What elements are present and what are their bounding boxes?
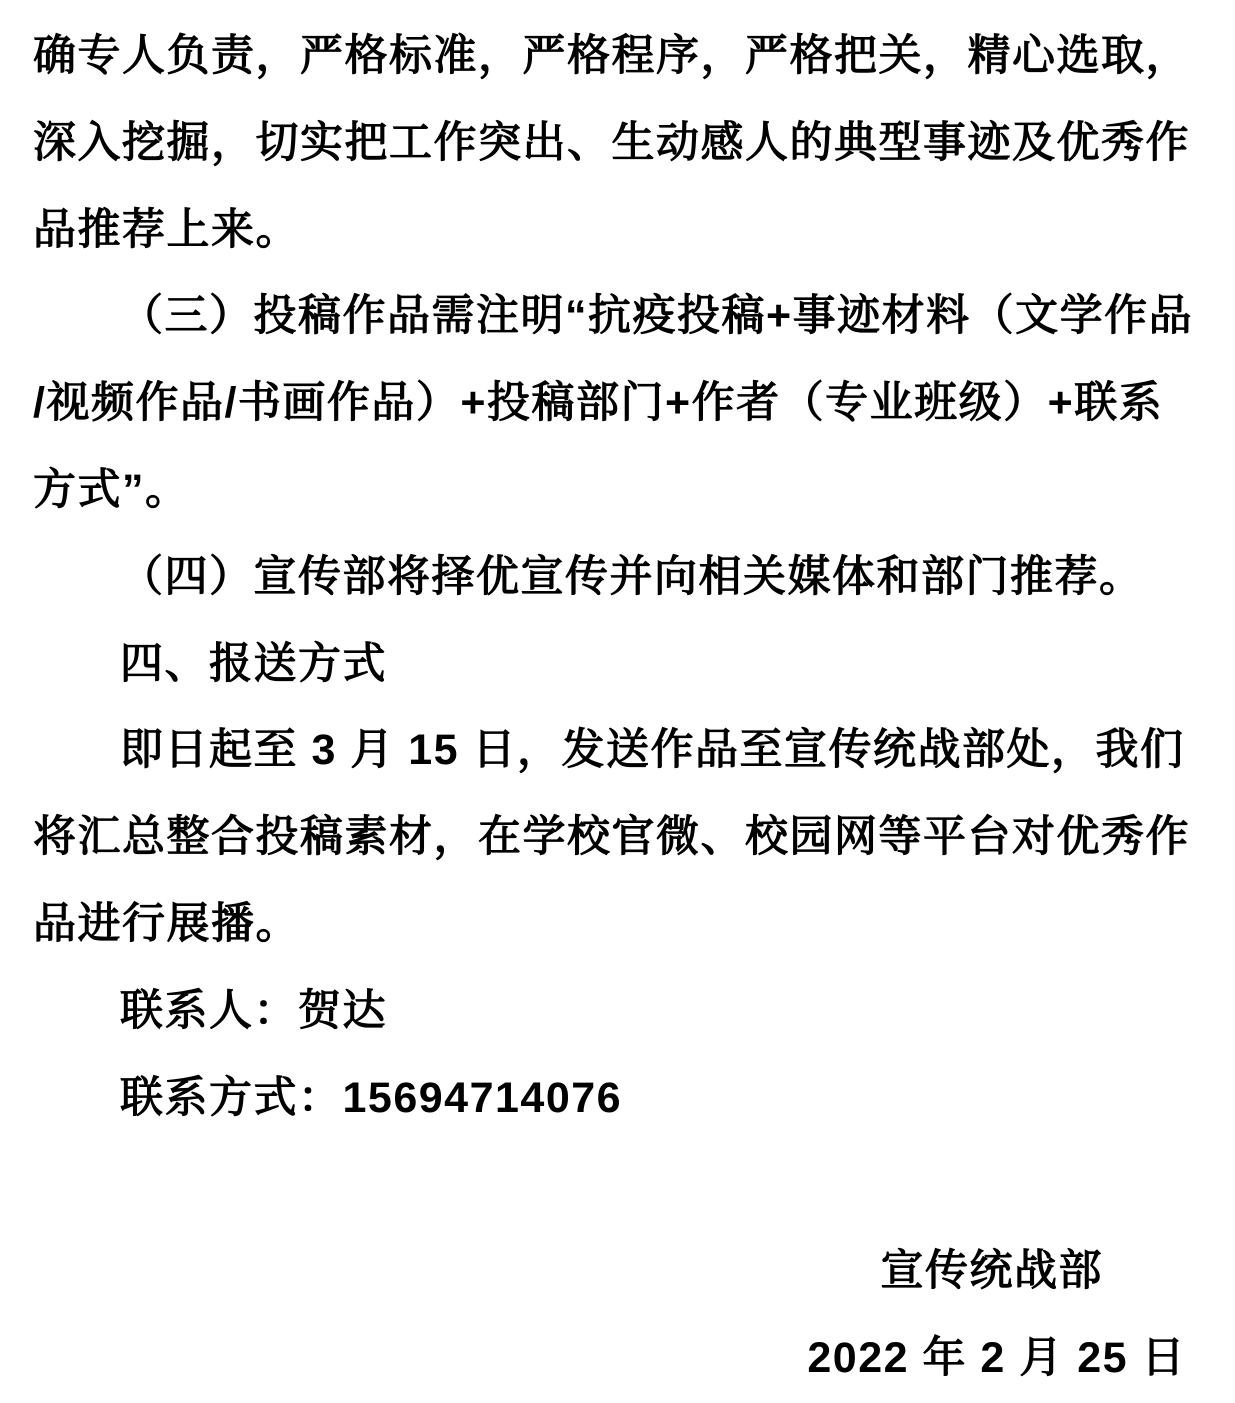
date-line: 2022 年 2 月 25 日 (0, 1315, 1235, 1402)
document-page: 确专人负责，严格标准，严格程序，严格把关，精心选取， 深入挖掘，切实把工作突出、… (0, 0, 1235, 1403)
body-line-1: 确专人负责，严格标准，严格程序，严格把关，精心选取， (0, 13, 1235, 100)
blank-line (0, 1141, 1235, 1228)
submission-line-3: 品进行展播。 (0, 881, 1235, 968)
signature-line: 宣传统战部 (0, 1228, 1235, 1315)
item-three-line-2: /视频作品/书画作品）+投稿部门+作者（专业班级）+联系 (0, 360, 1235, 447)
submission-line-2: 将汇总整合投稿素材，在学校官微、校园网等平台对优秀作 (0, 794, 1235, 881)
contact-phone-line: 联系方式：15694714076 (0, 1055, 1235, 1142)
item-four-line: （四）宣传部将择优宣传并向相关媒体和部门推荐。 (0, 534, 1235, 621)
body-line-3: 品推荐上来。 (0, 187, 1235, 274)
item-three-line-1: （三）投稿作品需注明“抗疫投稿+事迹材料（文学作品 (0, 273, 1235, 360)
body-line-2: 深入挖掘，切实把工作突出、生动感人的典型事迹及优秀作 (0, 100, 1235, 187)
submission-line-1: 即日起至 3 月 15 日，发送作品至宣传统战部处，我们 (0, 707, 1235, 794)
item-three-line-3: 方式”。 (0, 447, 1235, 534)
contact-person-line: 联系人：贺达 (0, 968, 1235, 1055)
section-four-heading: 四、报送方式 (0, 621, 1235, 708)
